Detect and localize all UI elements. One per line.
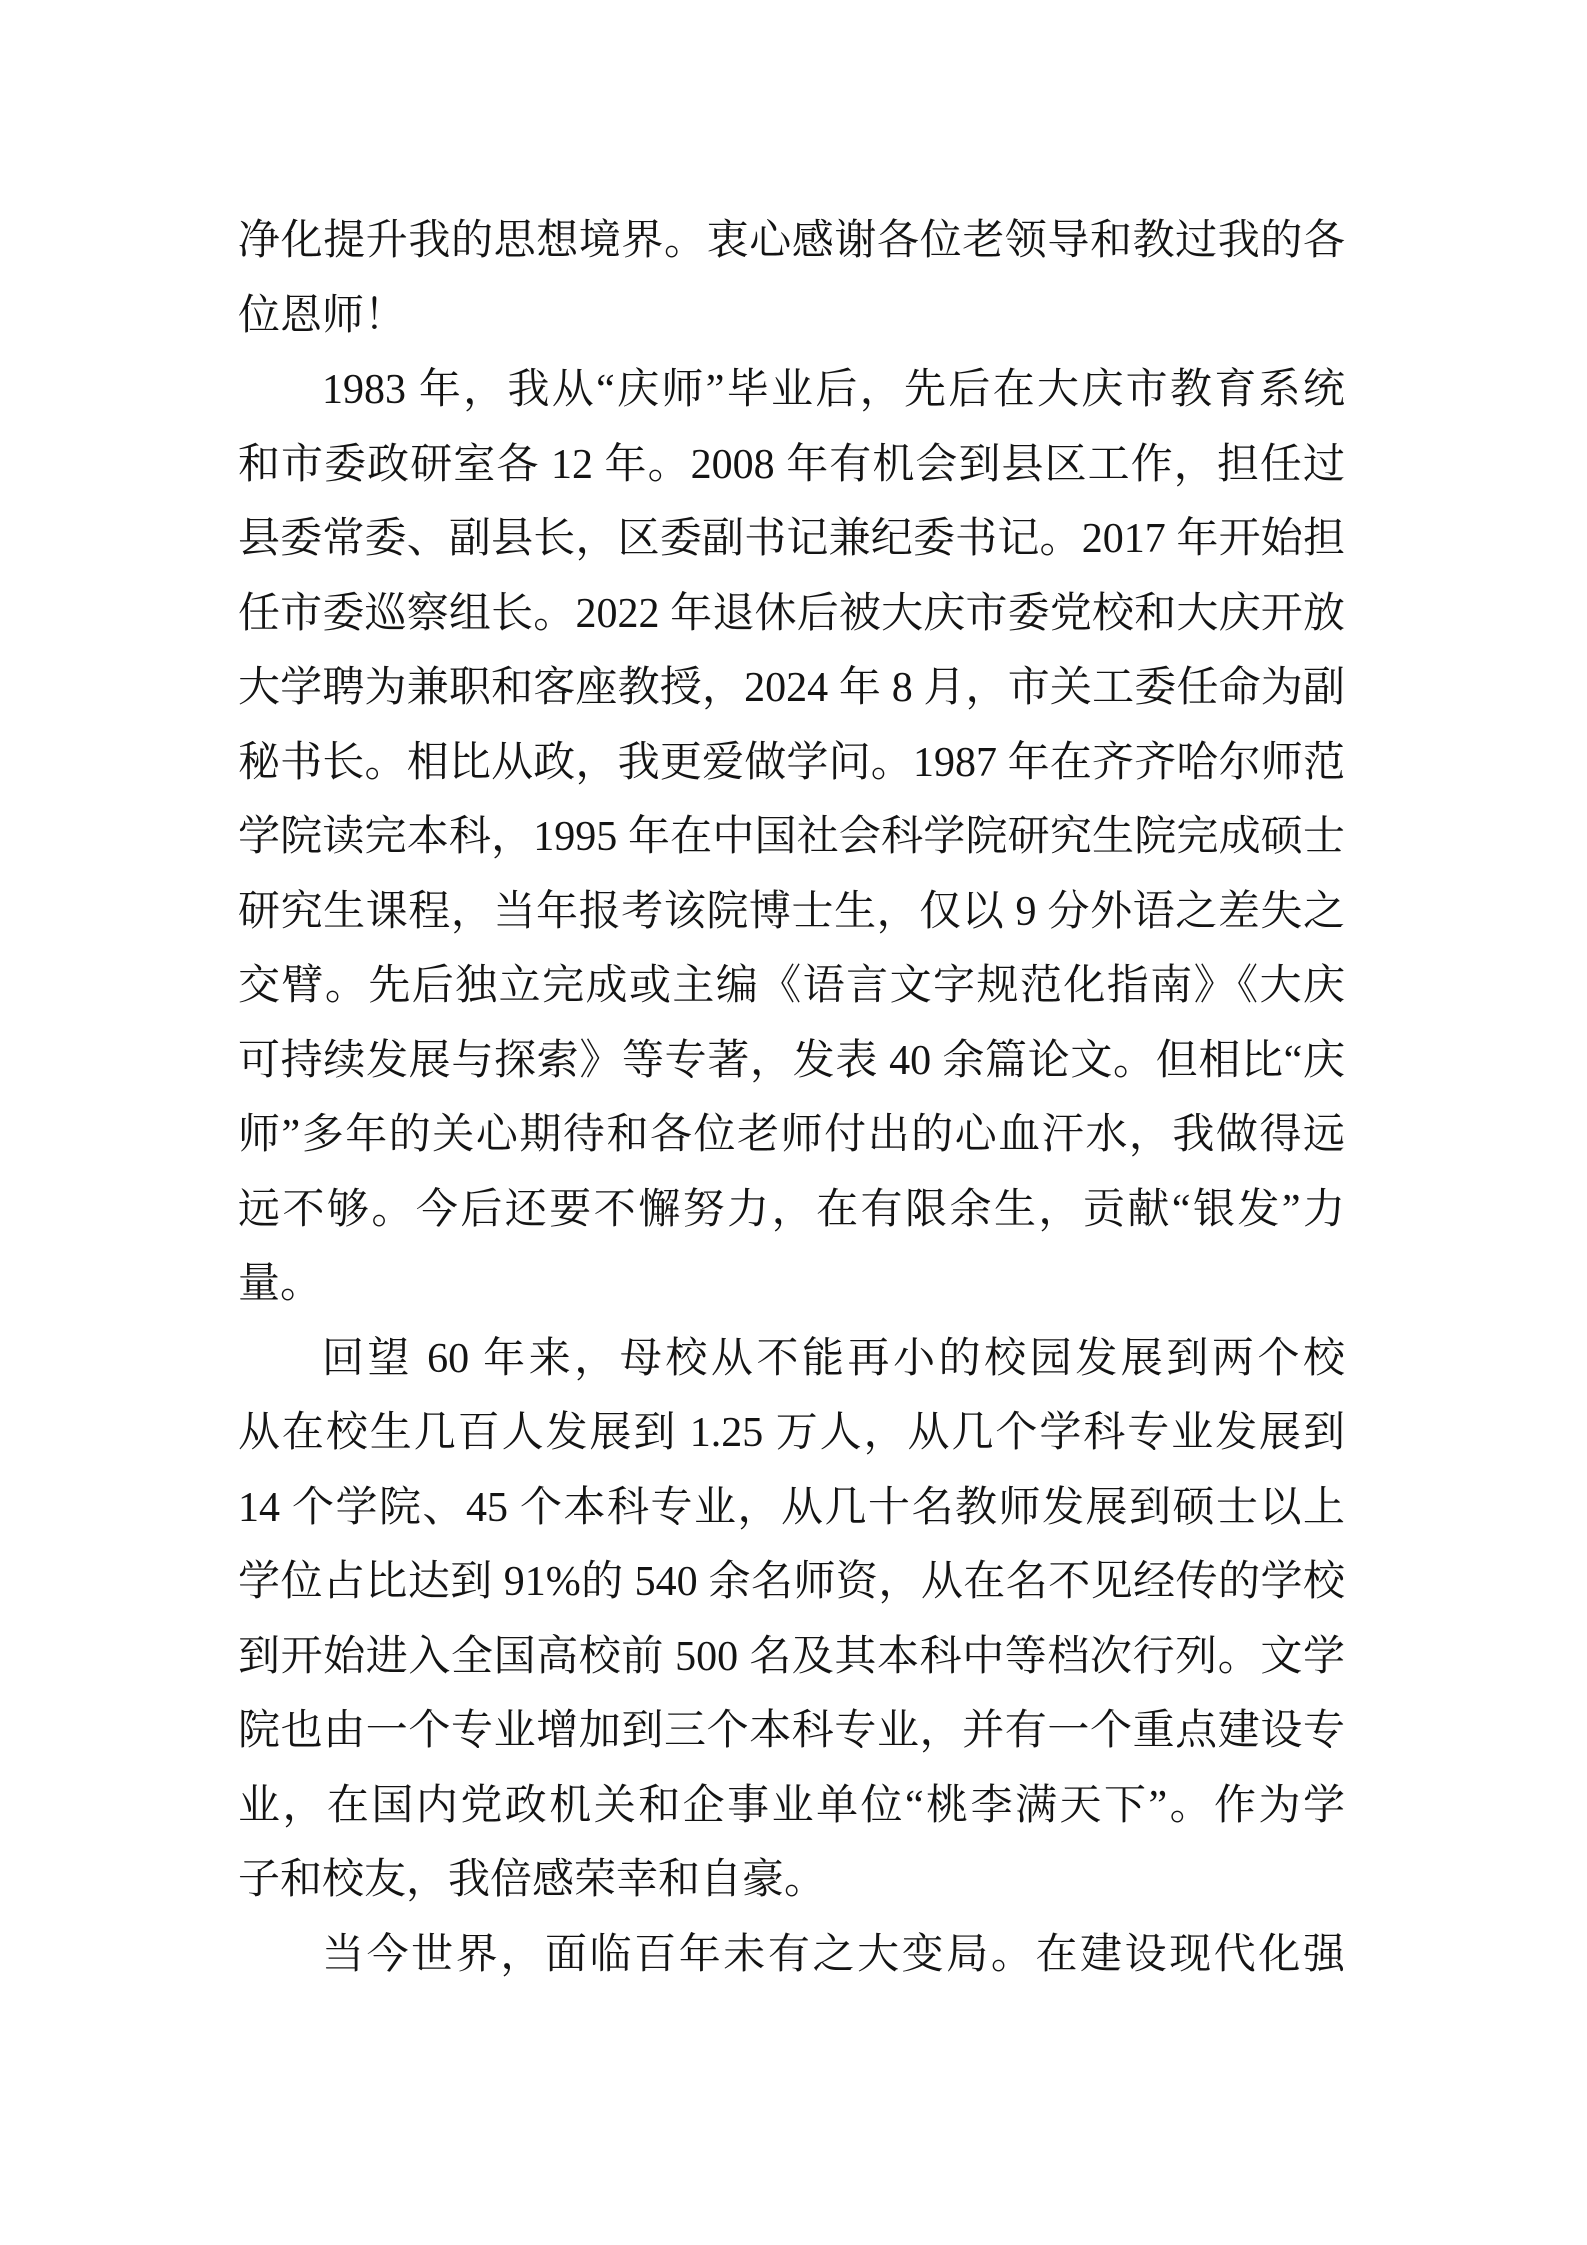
- text-line: 可持续发展与探索》等专著，发表 40 余篇论文。但相比“庆: [238, 1024, 1345, 1099]
- text-line: 师”多年的关心期待和各位老师付出的心血汗水，我做得远: [238, 1098, 1345, 1173]
- text-line: 回望 60 年来，母校从不能再小的校园发展到两个校区，: [238, 1322, 1345, 1397]
- text-line: 从在校生几百人发展到 1.25 万人，从几个学科专业发展到: [238, 1396, 1345, 1471]
- text-line: 业，在国内党政机关和企事业单位“桃李满天下”。作为学: [238, 1769, 1345, 1844]
- text-line: 任市委巡察组长。2022 年退休后被大庆市委党校和大庆开放: [238, 577, 1345, 652]
- document-text-block: 净化提升我的思想境界。衷心感谢各位老领导和教过我的各 位恩师！ 1983 年，我…: [238, 204, 1345, 1992]
- text-line: 位恩师！: [238, 279, 1345, 354]
- text-line: 交臂。先后独立完成或主编《语言文字规范化指南》《大庆: [238, 949, 1345, 1024]
- text-line: 学位占比达到 91%的 540 余名师资，从在名不见经传的学校: [238, 1545, 1345, 1620]
- paragraph: 1983 年，我从“庆师”毕业后，先后在大庆市教育系统 和市委政研室各 12 年…: [238, 353, 1345, 1322]
- text-line: 净化提升我的思想境界。衷心感谢各位老领导和教过我的各: [238, 204, 1345, 279]
- text-line: 到开始进入全国高校前 500 名及其本科中等档次行列。文学: [238, 1620, 1345, 1695]
- text-line: 1983 年，我从“庆师”毕业后，先后在大庆市教育系统: [238, 353, 1345, 428]
- paragraph: 净化提升我的思想境界。衷心感谢各位老领导和教过我的各 位恩师！: [238, 204, 1345, 353]
- text-line: 远不够。今后还要不懈努力，在有限余生，贡献“银发”力: [238, 1173, 1345, 1248]
- text-line: 大学聘为兼职和客座教授，2024 年 8 月，市关工委任命为副: [238, 651, 1345, 726]
- text-line: 研究生课程，当年报考该院博士生，仅以 9 分外语之差失之: [238, 875, 1345, 950]
- text-line: 和市委政研室各 12 年。2008 年有机会到县区工作，担任过: [238, 428, 1345, 503]
- paragraph: 当今世界，面临百年未有之大变局。在建设现代化强国、: [238, 1918, 1345, 1993]
- text-line: 14 个学院、45 个本科专业，从几十名教师发展到硕士以上: [238, 1471, 1345, 1546]
- paragraph: 回望 60 年来，母校从不能再小的校园发展到两个校区， 从在校生几百人发展到 1…: [238, 1322, 1345, 1918]
- text-line: 当今世界，面临百年未有之大变局。在建设现代化强国、: [238, 1918, 1345, 1993]
- text-line: 量。: [238, 1247, 1345, 1322]
- document-page: 净化提升我的思想境界。衷心感谢各位老领导和教过我的各 位恩师！ 1983 年，我…: [0, 0, 1587, 2245]
- text-line: 子和校友，我倍感荣幸和自豪。: [238, 1843, 1345, 1918]
- text-line: 秘书长。相比从政，我更爱做学问。1987 年在齐齐哈尔师范: [238, 726, 1345, 801]
- text-line: 院也由一个专业增加到三个本科专业，并有一个重点建设专: [238, 1694, 1345, 1769]
- text-line: 县委常委、副县长，区委副书记兼纪委书记。2017 年开始担: [238, 502, 1345, 577]
- text-line: 学院读完本科，1995 年在中国社会科学院研究生院完成硕士: [238, 800, 1345, 875]
